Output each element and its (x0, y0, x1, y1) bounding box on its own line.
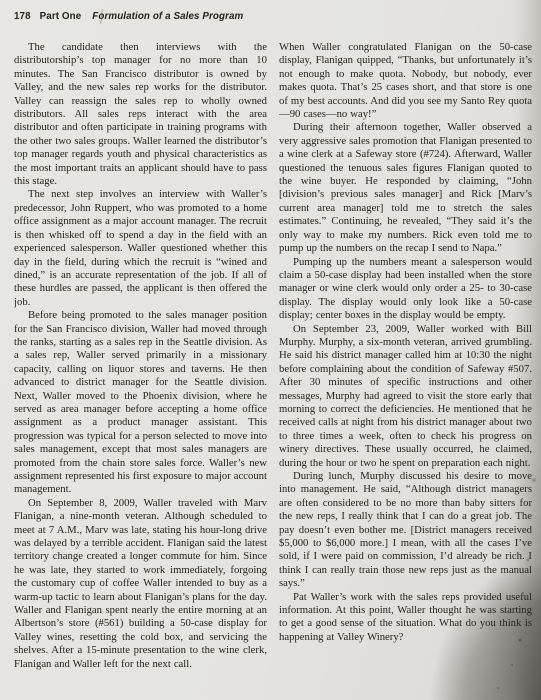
running-title: Formulation of a Sales Program (92, 11, 243, 22)
page-header: 178Part OneFormulation of a Sales Progra… (14, 11, 243, 22)
page-number: 178 (14, 11, 31, 22)
paragraph: When Waller congratulated Flanigan on th… (279, 41, 532, 121)
paragraph: On September 23, 2009, Waller worked wit… (279, 323, 532, 470)
paragraph: During lunch, Murphy discussed his desir… (279, 470, 532, 591)
paragraph: The candidate then interviews with the d… (14, 41, 267, 188)
two-column-text-block: The candidate then interviews with the d… (14, 41, 532, 700)
paragraph: On September 8, 2009, Waller traveled wi… (14, 497, 267, 671)
paragraph: Pumping up the numbers meant a salespers… (279, 256, 532, 323)
paragraph: Before being promoted to the sales manag… (14, 309, 267, 497)
paragraph: Pat Waller’s work with the sales reps pr… (279, 591, 532, 645)
scanned-textbook-page: 178Part OneFormulation of a Sales Progra… (0, 0, 541, 700)
paragraph: The next step involves an interview with… (14, 188, 267, 309)
part-label: Part One (40, 11, 82, 22)
left-column: The candidate then interviews with the d… (14, 41, 267, 700)
right-column: When Waller congratulated Flanigan on th… (279, 41, 532, 700)
paragraph: During their afternoon together, Waller … (279, 121, 532, 255)
